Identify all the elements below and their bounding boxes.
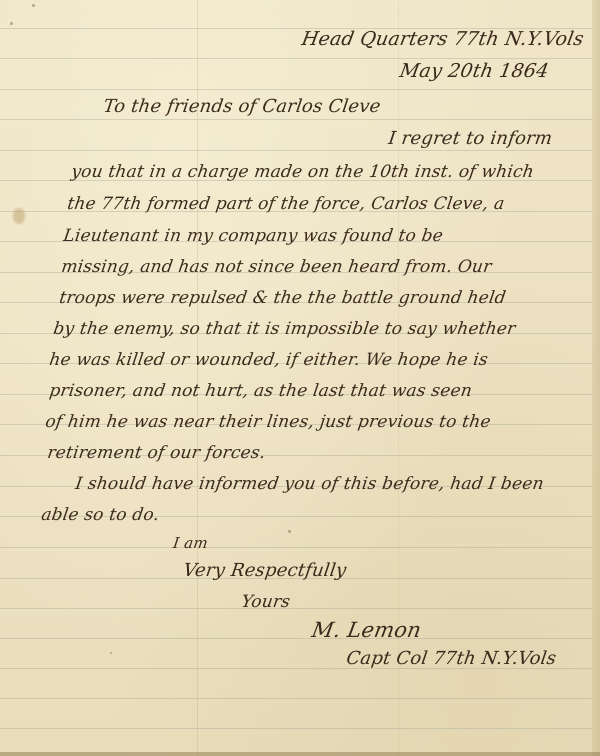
paper-fold	[398, 0, 399, 756]
ruled-line	[0, 728, 592, 729]
letter-page: Head Quarters 77th N.Y.Vols May 20th 186…	[0, 0, 600, 756]
body-line: troops were repulsed & the the battle gr…	[58, 288, 507, 308]
body-line: missing, and has not since been heard fr…	[60, 257, 493, 277]
ruled-line	[0, 89, 592, 90]
ruled-line	[0, 150, 592, 151]
heading-place: Head Quarters 77th N.Y.Vols	[300, 28, 586, 50]
paper-speck	[288, 530, 291, 533]
ruled-line	[0, 119, 592, 120]
body-line: retirement of our forces.	[46, 443, 267, 463]
paper-speck	[110, 652, 112, 654]
body-line: I regret to inform	[387, 128, 554, 149]
ruled-line	[0, 547, 592, 548]
ruled-line	[0, 608, 592, 609]
salutation: To the friends of Carlos Cleve	[102, 96, 382, 117]
body-line: able so to do.	[40, 505, 161, 525]
ruled-line	[0, 638, 592, 639]
body-line: prisoner, and not hurt, as the last that…	[48, 381, 473, 401]
ruled-line	[0, 58, 592, 59]
paper-stain	[13, 208, 25, 224]
body-line: you that in a charge made on the 10th in…	[70, 162, 535, 182]
paper-speck	[32, 4, 35, 7]
signature-title: Capt Col 77th N.Y.Vols	[345, 648, 558, 669]
body-line: by the enemy, so that it is impossible t…	[52, 319, 517, 339]
body-line: Lieutenant in my company was found to be	[62, 226, 444, 246]
paper-edge	[0, 752, 600, 756]
paper-speck	[10, 22, 13, 25]
closing-line: Very Respectfully	[182, 560, 348, 581]
closing-line: I am	[172, 534, 209, 552]
body-line: of him he was near their lines, just pre…	[44, 412, 492, 432]
signature-name: M. Lemon	[310, 618, 423, 642]
ruled-line	[0, 698, 592, 699]
body-line: the 77th formed part of the force, Carlo…	[66, 194, 506, 214]
closing-line: Yours	[240, 592, 292, 612]
body-line: he was killed or wounded, if either. We …	[48, 350, 489, 370]
paper-edge	[592, 0, 600, 756]
body-line: I should have informed you of this befor…	[74, 474, 545, 494]
heading-date: May 20th 1864	[398, 60, 550, 82]
